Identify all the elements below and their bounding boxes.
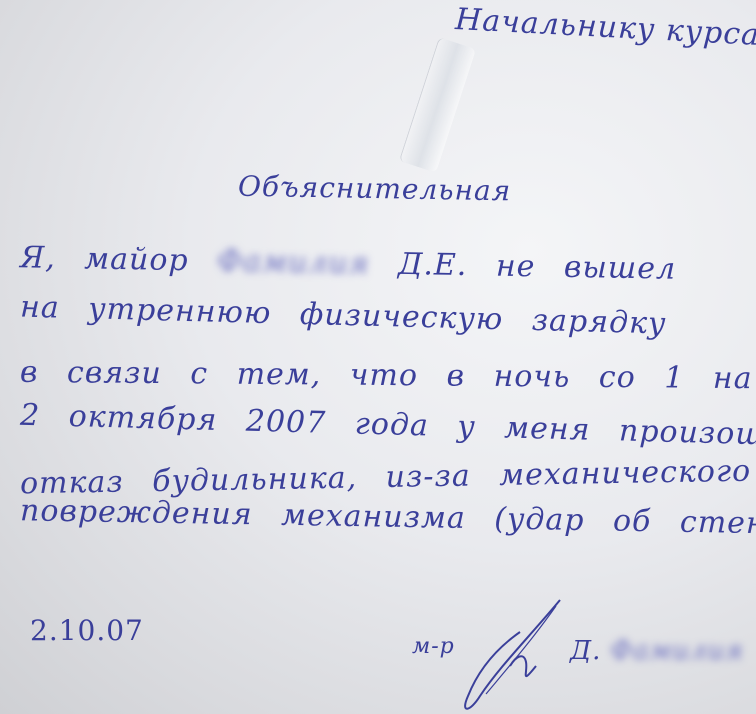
adhesive-tape-strip — [399, 37, 476, 173]
redacted-signature-surname: Фамилия — [611, 636, 744, 666]
body-line-6: повреждения механизма (удар об стену) — [20, 493, 756, 542]
document-date: 2.10.07 — [30, 614, 144, 647]
body-line-1: Я, майор Фамилия Д.Е. не вышел — [20, 240, 677, 286]
body-line-4: 2 октября 2007 года у меня произошел — [20, 398, 756, 454]
signature-initial: Д. — [570, 636, 601, 666]
body-line-2: на утреннюю физическую зарядку — [20, 290, 667, 342]
signature-name: Д. Фамилия — [570, 636, 744, 666]
redacted-surname: Фамилия — [217, 244, 370, 282]
body-line-3: в связи с тем, что в ночь со 1 на — [20, 355, 753, 396]
body-line-1-prefix: Я, майор — [20, 240, 189, 278]
signature-scribble-icon — [440, 596, 580, 714]
addressee: Начальнику курса — [454, 2, 756, 53]
document-title: Объяснительная — [238, 170, 512, 208]
body-line-1-suffix: Д.Е. не вышел — [398, 247, 677, 287]
